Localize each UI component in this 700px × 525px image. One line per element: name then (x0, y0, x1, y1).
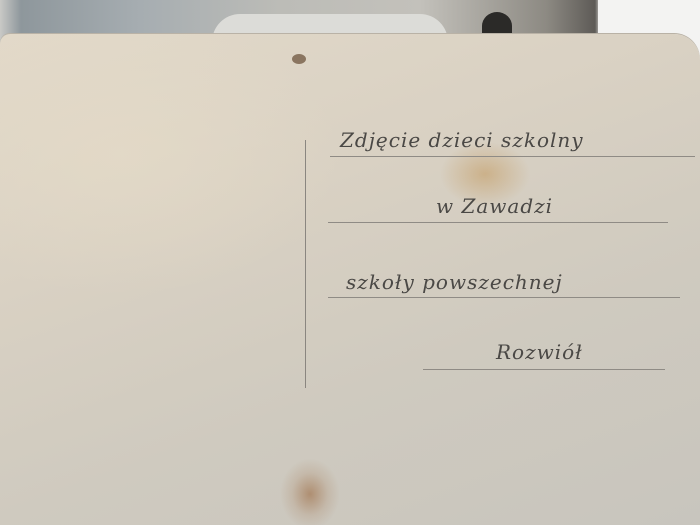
address-line-3 (328, 297, 680, 298)
handwriting-line-4: Rozwiół (496, 340, 583, 364)
handwriting-line-1: Zdjęcie dzieci szkolny (340, 128, 584, 152)
address-line-4 (423, 369, 665, 370)
postcard-divider-line (305, 140, 306, 388)
address-line-1 (330, 156, 695, 157)
handwriting-line-3: szkoły powszechnej (346, 270, 563, 294)
handwriting-line-2: w Zawadzi (436, 194, 553, 218)
address-line-2 (328, 222, 668, 223)
pin-hole (292, 54, 306, 64)
